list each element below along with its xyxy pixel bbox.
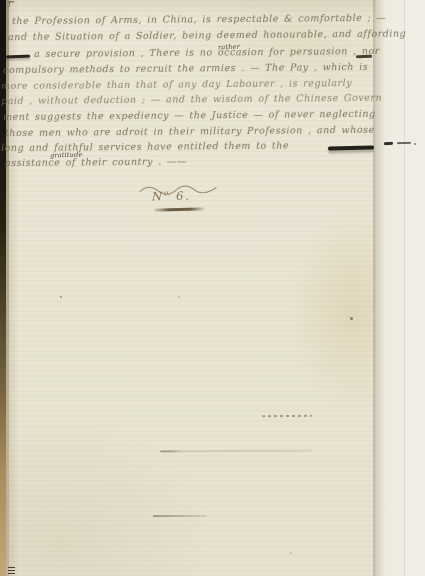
label-number: 6. — [176, 189, 191, 203]
paper-speck — [178, 296, 180, 298]
label-prefix: N — [152, 189, 164, 203]
margin-ink-dot — [414, 143, 416, 145]
handwritten-line: assistance of their country . —— — [5, 156, 187, 169]
facing-page — [376, 0, 425, 576]
paper-speck — [60, 296, 62, 298]
corner-ink-mark — [8, 566, 15, 574]
paper-speck — [350, 317, 353, 320]
paper-speck — [290, 552, 292, 554]
label-superscript: o. — [164, 189, 170, 197]
manuscript-scan: the Profession of Arms, in China, is res… — [0, 0, 425, 576]
facing-page-crease — [404, 0, 405, 576]
corner-ink-mark — [9, 1, 14, 7]
margin-ink-dash — [397, 142, 411, 144]
interlinear-insertion: gratitude — [50, 150, 83, 159]
section-number-label: No. 6. — [152, 189, 191, 204]
interlinear-insertion: rather — [218, 43, 240, 52]
margin-ink-dash — [384, 142, 393, 145]
